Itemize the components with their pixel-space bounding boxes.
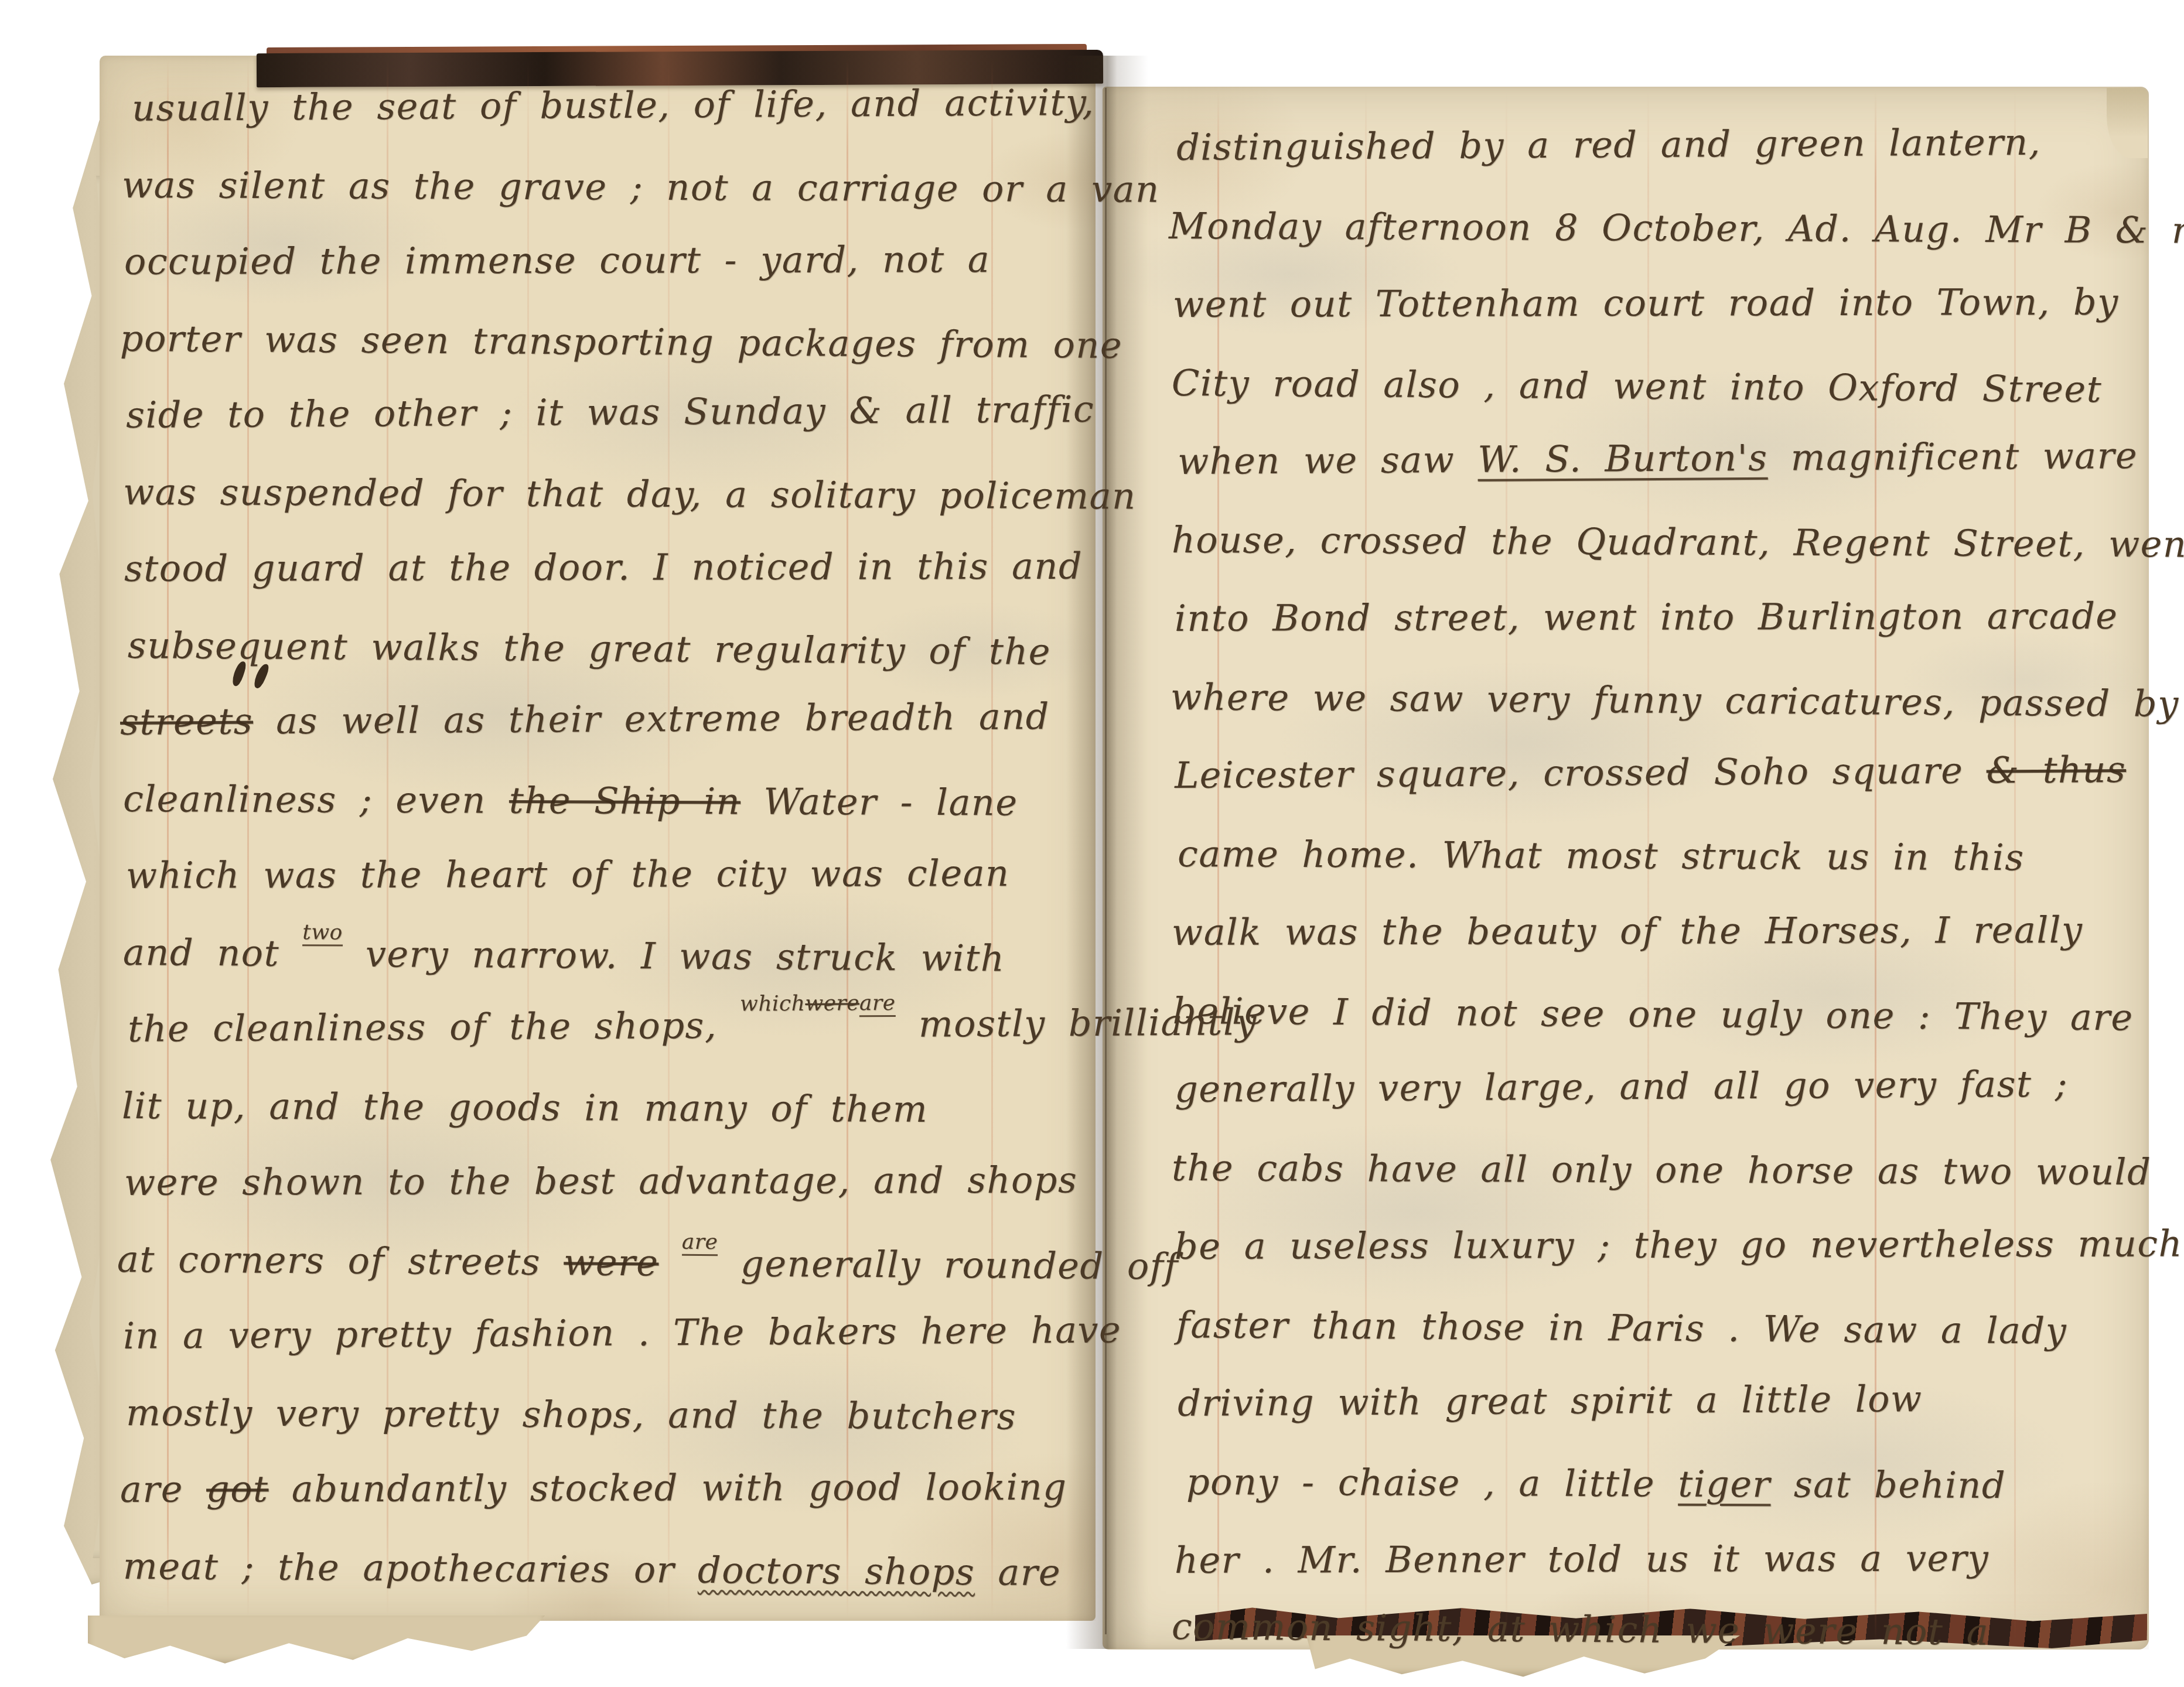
handwritten-line: walk was the beauty of the Horses, I rea… (1172, 909, 2083, 954)
text-segment: faster than those in Paris . We saw a la… (1176, 1303, 2067, 1353)
handwritten-line: went out Tottenham court road into Town,… (1173, 281, 2119, 326)
text-segment: tiger (1678, 1463, 1771, 1506)
right-page-text: distinguished by a red and green lantern… (0, 0, 2184, 1687)
handwritten-line: be a useless luxury ; they go neverthele… (1175, 1222, 2183, 1268)
text-segment: City road also , and went into Oxford St… (1172, 361, 2103, 411)
text-segment: house, crossed the Quadrant, Regent Stre… (1172, 518, 2184, 566)
handwritten-line: when we saw W. S. Burton's magnificent w… (1178, 434, 2138, 483)
text-segment: & thus (1986, 748, 2126, 791)
text-segment: went out Tottenham court road into Town,… (1173, 281, 2119, 326)
handwritten-line: her . Mr. Benner told us it was a very (1175, 1536, 1989, 1582)
text-segment: W. S. Burton's (1477, 436, 1768, 481)
text-segment: magnificent ware (1767, 434, 2138, 479)
text-segment: Monday afternoon 8 October, Ad. Aug. Mr … (1169, 204, 2184, 252)
handwritten-line: the cabs have all only one horse as two … (1172, 1146, 2152, 1193)
handwritten-line: into Bond street, went into Burlington a… (1175, 595, 2118, 640)
diary-scan: usually the seat of bustle, of life, and… (0, 0, 2184, 1687)
text-segment: into Bond street, went into Burlington a… (1175, 595, 2118, 640)
text-segment: believe I did not see one ugly one : The… (1173, 989, 2134, 1039)
handwritten-line: believe I did not see one ugly one : The… (1173, 989, 2134, 1039)
handwritten-line: distinguished by a red and green lantern… (1176, 121, 2041, 169)
text-segment: common sight, at which we were not a (1172, 1605, 1990, 1654)
handwritten-line: common sight, at which we were not a (1172, 1605, 1990, 1654)
text-segment: walk was the beauty of the Horses, I rea… (1172, 909, 2083, 954)
handwritten-line: house, crossed the Quadrant, Regent Stre… (1172, 518, 2184, 566)
handwritten-line: came home. What most struck us in this (1178, 832, 2025, 879)
text-segment: generally very large, and all go very fa… (1175, 1063, 2068, 1111)
text-segment: where we saw very funny caricatures, pas… (1171, 675, 2179, 725)
handwritten-line: faster than those in Paris . We saw a la… (1176, 1303, 2067, 1353)
text-segment: when we saw (1178, 438, 1478, 483)
handwritten-line: Leicester square, crossed Soho square & … (1175, 748, 2127, 797)
handwritten-line: generally very large, and all go very fa… (1175, 1063, 2068, 1111)
handwritten-line: pony - chaise , a little tiger sat behin… (1186, 1460, 2006, 1507)
text-segment: came home. What most struck us in this (1178, 832, 2025, 879)
text-segment: be a useless luxury ; they go neverthele… (1175, 1222, 2183, 1268)
text-segment: Leicester square, crossed Soho square (1175, 749, 1987, 797)
handwritten-line: City road also , and went into Oxford St… (1172, 361, 2103, 411)
handwritten-line: driving with great spirit a little low (1178, 1377, 1923, 1425)
text-segment: pony - chaise , a little (1186, 1460, 1678, 1505)
text-segment: sat behind (1770, 1463, 2006, 1507)
text-segment: driving with great spirit a little low (1178, 1377, 1923, 1425)
text-segment: the cabs have all only one horse as two … (1172, 1146, 2152, 1193)
text-segment: distinguished by a red and green lantern… (1176, 121, 2041, 169)
handwritten-line: Monday afternoon 8 October, Ad. Aug. Mr … (1169, 204, 2184, 252)
handwritten-line: where we saw very funny caricatures, pas… (1171, 675, 2179, 725)
text-segment: her . Mr. Benner told us it was a very (1175, 1536, 1989, 1582)
